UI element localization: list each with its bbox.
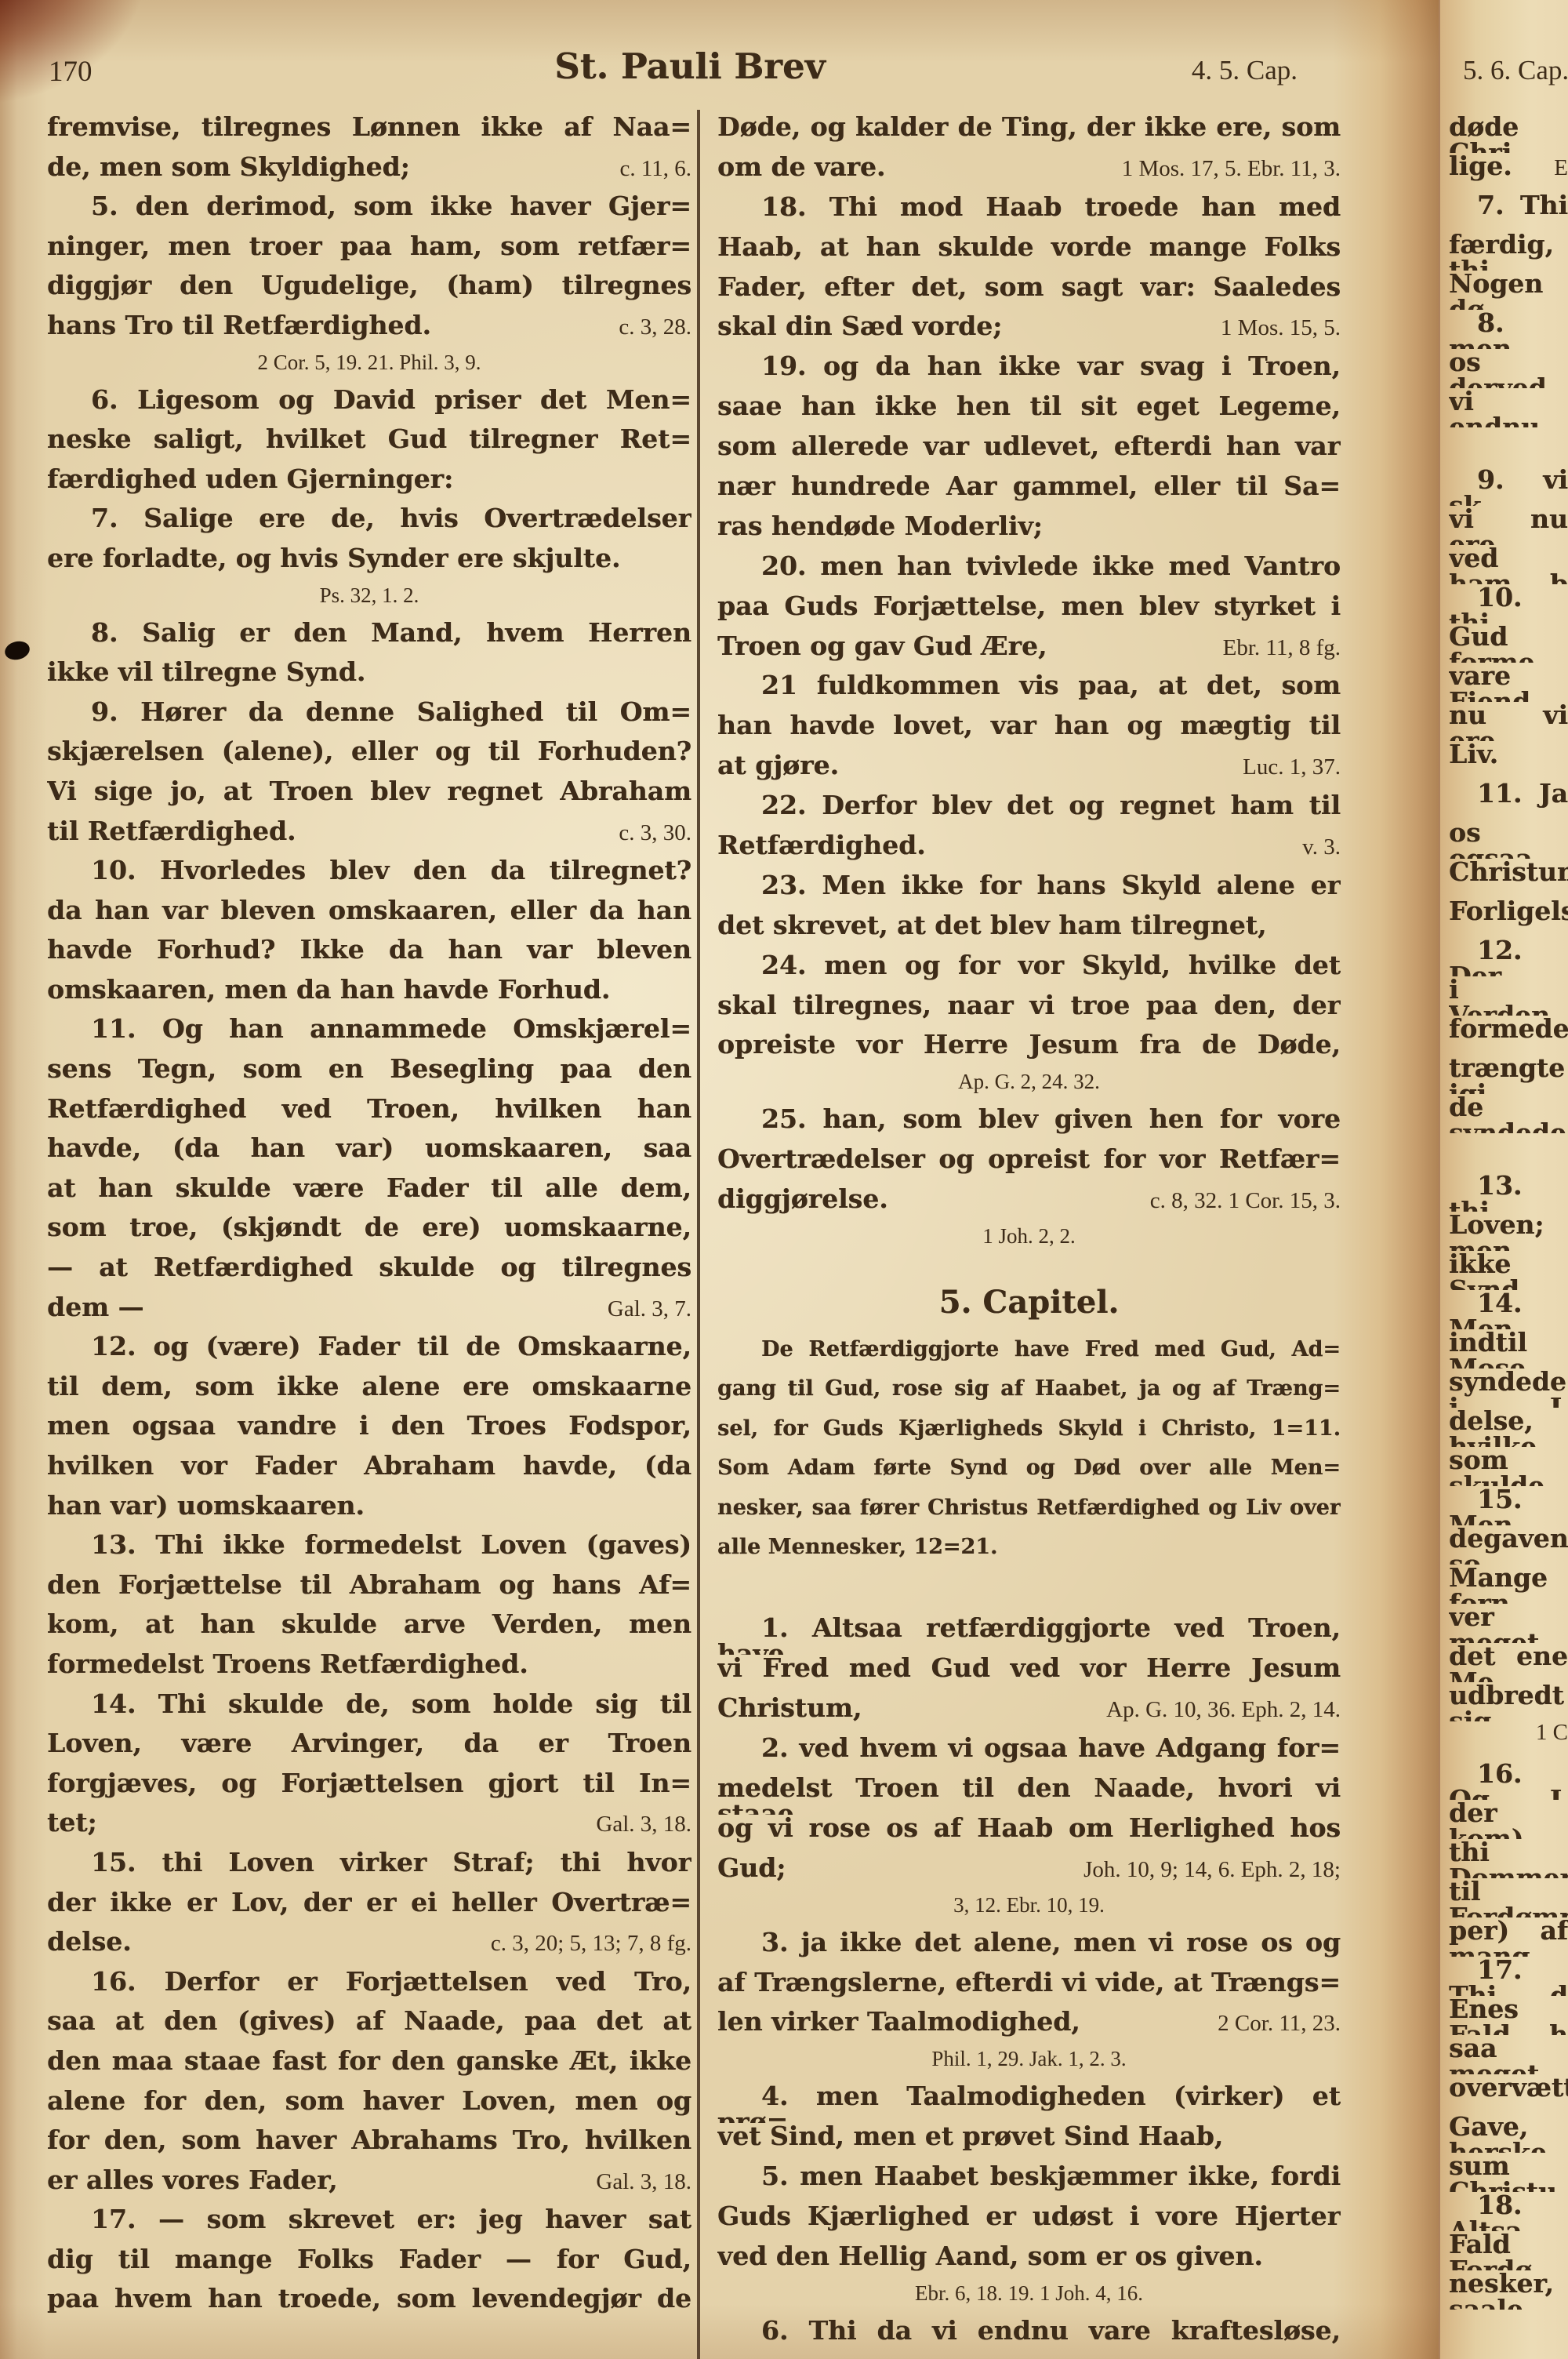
text-line: Vi sige jo, at Troen blev regnet Abraham xyxy=(47,778,691,818)
verse-text: 2. ved hvem vi ogsaa have Adgang for= xyxy=(717,1735,1341,1761)
verse-text: fremvise, tilregnes Lønnen ikke af Naa= xyxy=(47,114,691,140)
verse-text: vet Sind, men et prøvet Sind Haab, xyxy=(717,2123,1341,2149)
text-line: 2. ved hvem vi ogsaa have Adgang for= xyxy=(717,1735,1341,1775)
verse-text: 24. men og for vor Skyld, hvilke det xyxy=(717,952,1341,978)
text-line: lige.E xyxy=(1449,153,1568,192)
verse-reference: E xyxy=(1554,157,1568,180)
verse-text: nær hundrede Aar gammel, eller til Sa= xyxy=(717,473,1341,499)
verse-text: 9. vi sk xyxy=(1449,467,1568,506)
page-number: 170 xyxy=(49,55,93,89)
verse-text: Vi sige jo, at Troen blev regnet Abraham xyxy=(47,778,691,804)
verse-text: hvilken vor Fader Abraham havde, (da xyxy=(47,1452,691,1478)
verse-text: Loven, være Arvinger, da er Troen xyxy=(47,1730,691,1756)
verse-text: ved den Hellig Aand, som er os given. xyxy=(717,2243,1341,2269)
verse-text: han havde lovet, var han og mægtig til xyxy=(717,712,1341,738)
text-line: indtil Mose xyxy=(1449,1329,1568,1369)
middle-column: Døde, og kalder de Ting, der ikke ere, s… xyxy=(717,114,1341,2357)
text-line: 11. Og han annammede Omskjærel= xyxy=(47,1016,691,1056)
verse-text: de, men som Skyldighed; xyxy=(47,154,610,180)
text-line: 10. Hvorledes blev den da tilregnet? xyxy=(47,857,691,897)
verse-text: skjærelsen (alene), eller og til Forhude… xyxy=(47,738,691,764)
text-line: 15. thi Loven virker Straf; thi hvor xyxy=(47,1849,691,1889)
verse-text: 3. ja ikke det alene, men vi rose os og xyxy=(717,1929,1341,1955)
reference-line: Phil. 1, 29. Jak. 1, 2. 3. xyxy=(717,2048,1341,2083)
verse-text: men ogsaa vandre i den Troes Fodspor, xyxy=(47,1412,691,1438)
text-line: 15. Men xyxy=(1449,1486,1568,1525)
summary-line: gang til Gud, rose sig af Haabet, ja og … xyxy=(717,1378,1341,1417)
verse-text: af Trængslerne, efterdi vi vide, at Træn… xyxy=(717,1969,1341,1995)
verse-text: 14. Men xyxy=(1449,1290,1568,1329)
text-line: de, men som Skyldighed;c. 11, 6. xyxy=(47,154,691,194)
verse-reference: 1 Mos. 17, 5. Ebr. 11, 3. xyxy=(1122,158,1341,180)
text-line: 19. og da han ikke var svag i Troen, xyxy=(717,353,1341,393)
text-line: til Fordømm xyxy=(1449,1878,1568,1917)
verse-text: 5. den derimod, som ikke haver Gjer= xyxy=(47,193,691,219)
verse-text: færdighed uden Gjerninger: xyxy=(47,466,691,492)
verse-text: 12. Der xyxy=(1449,937,1568,976)
text-line: til dem, som ikke alene ere omskaarne xyxy=(47,1373,691,1413)
verse-text: overvættes xyxy=(1449,2074,1568,2100)
reference-line: Ebr. 6, 18. 19. 1 Joh. 4, 16. xyxy=(717,2283,1341,2317)
text-line: han havde lovet, var han og mægtig til xyxy=(717,712,1341,752)
verse-text: nesker, saa fører Christus Retfærdighed … xyxy=(717,1497,1341,1518)
text-line: hans Tro til Retfærdighed.c. 3, 28. xyxy=(47,312,691,352)
verse-text: nu vi ere xyxy=(1449,702,1568,741)
verse-text: hans Tro til Retfærdighed. xyxy=(47,312,609,338)
text-line: formedelst Troens Retfærdighed. xyxy=(47,1651,691,1691)
text-line: sens Tegn, som en Besegling paa den xyxy=(47,1056,691,1096)
text-line: 5. den derimod, som ikke haver Gjer= xyxy=(47,193,691,233)
text-line: vi endnu xyxy=(1449,388,1568,427)
verse-text: som skulde k xyxy=(1449,1447,1568,1486)
verse-reference: 2 Cor. 11, 23. xyxy=(1218,2012,1341,2035)
text-line: 14. Thi skulde de, som holde sig til xyxy=(47,1691,691,1731)
verse-text: trængte igj xyxy=(1449,1055,1568,1094)
text-line: len virker Taalmodighed,2 Cor. 11, 23. xyxy=(717,2008,1341,2048)
text-line: paa Guds Forjættelse, men blev styrket i xyxy=(717,593,1341,633)
text-line: hvilken vor Fader Abraham havde, (da xyxy=(47,1452,691,1492)
text-line: syndede i L xyxy=(1449,1369,1568,1408)
text-line: diggjør den Ugudelige, (ham) tilregnes xyxy=(47,272,691,312)
text-line: Fald Fordø xyxy=(1449,2231,1568,2270)
text-line: dem —Gal. 3, 7. xyxy=(47,1294,691,1334)
text-line: Nogen dø xyxy=(1449,271,1568,310)
verse-text: Fader, efter det, som sagt var: Saaledes xyxy=(717,274,1341,300)
verse-text: den Forjættelse til Abraham og hans Af= xyxy=(47,1572,691,1598)
verse-reference: c. 3, 30. xyxy=(619,822,691,845)
verse-reference: Ebr. 11, 8 fg. xyxy=(1223,637,1341,660)
verse-text: 15. Men xyxy=(1449,1486,1568,1525)
verse-text: 7. Thi xyxy=(1449,192,1568,218)
verse-text: som allerede var udlevet, efterdi han va… xyxy=(717,433,1341,459)
text-line: 8. Salig er den Mand, hvem Herren xyxy=(47,620,691,660)
verse-text: som troe, (skjøndt de ere) uomskaarne, xyxy=(47,1214,691,1240)
text-line: Guds Kjærlighed er udøst i vore Hjerter xyxy=(717,2203,1341,2243)
text-line: 21 fuldkommen vis paa, at det, som xyxy=(717,672,1341,712)
verse-text: døde Chri xyxy=(1449,114,1568,153)
verse-text: opreiste vor Herre Jesum fra de Døde, xyxy=(717,1031,1341,1057)
verse-text: 12. og (være) Fader til de Omskaarne, xyxy=(47,1333,691,1359)
verse-text: indtil Mose xyxy=(1449,1329,1568,1369)
verse-text: 15. thi Loven virker Straf; thi hvor xyxy=(47,1849,691,1875)
text-line: Gud forme xyxy=(1449,623,1568,663)
text-line: 25. han, som blev given hen for vore xyxy=(717,1106,1341,1146)
text-line: dig til mange Folks Fader — for Gud, xyxy=(47,2246,691,2286)
text-line: og vi rose os af Haab om Herlighed hos xyxy=(717,1815,1341,1855)
verse-text: neske saligt, hvilket Gud tilregner Ret= xyxy=(47,426,691,452)
verse-text: til Fordømm xyxy=(1449,1878,1568,1917)
text-line: 7. Salige ere de, hvis Overtrædelser xyxy=(47,505,691,545)
text-line: 8. men xyxy=(1449,310,1568,349)
verse-text: 1. Altsaa retfærdiggjorte ved Troen, hav… xyxy=(717,1615,1341,1655)
verse-text: saa at den (gives) af Naade, paa det at xyxy=(47,2008,691,2034)
verse-text: han var) uomskaaren. xyxy=(47,1492,691,1518)
verse-text: skal tilregnes, naar vi troe paa den, de… xyxy=(717,992,1341,1018)
blank-line xyxy=(717,1576,1341,1615)
verse-text: 6. Thi da vi endnu vare kraftesløse, xyxy=(717,2317,1341,2343)
verse-text: Overtrædelser og opreist for vor Retfær= xyxy=(717,1146,1341,1172)
verse-text: færdig, thi xyxy=(1449,231,1568,271)
text-line: som skulde k xyxy=(1449,1447,1568,1486)
verse-reference: 1 Mos. 15, 5. xyxy=(1221,317,1341,340)
verse-text: os ogsaa xyxy=(1449,820,1568,859)
text-line: da han var bleven omskaaren, eller da ha… xyxy=(47,897,691,937)
text-line: formedelst xyxy=(1449,1016,1568,1055)
text-line: Loven, være Arvinger, da er Troen xyxy=(47,1730,691,1770)
verse-text: ikke Synd. xyxy=(1449,1251,1568,1290)
text-line: 13. Thi ikke formedelst Loven (gaves) xyxy=(47,1532,691,1572)
text-line: Gud;Joh. 10, 9; 14, 6. Eph. 2, 18; xyxy=(717,1855,1341,1895)
text-line: havde, (da han var) uomskaaren, saa xyxy=(47,1135,691,1175)
verse-text: 13. Thi ikke formedelst Loven (gaves) xyxy=(47,1532,691,1558)
text-line: saae han ikke hen til sit eget Legeme, xyxy=(717,393,1341,433)
header-title: St. Pauli Brev xyxy=(470,45,909,87)
verse-reference: Joh. 10, 9; 14, 6. Eph. 2, 18; xyxy=(1083,1859,1341,1881)
verse-text: 8. men xyxy=(1449,310,1568,349)
text-line: det skrevet, at det blev ham tilregnet, xyxy=(717,912,1341,952)
reference-line: 2 Cor. 5, 19. 21. Phil. 3, 9. xyxy=(47,352,691,387)
verse-text: da han var bleven omskaaren, eller da ha… xyxy=(47,897,691,923)
verse-text: Forligelsen xyxy=(1449,898,1568,924)
summary-line: alle Mennesker, 12=21. xyxy=(717,1536,1341,1576)
text-line: opreiste vor Herre Jesum fra de Døde, xyxy=(717,1031,1341,1071)
text-line: der kom) for xyxy=(1449,1800,1568,1839)
text-line: thi Dommer xyxy=(1449,1839,1568,1878)
text-line: 9. vi sk xyxy=(1449,467,1568,506)
text-line: Gave, herske xyxy=(1449,2114,1568,2153)
text-line: diggjørelse.c. 8, 32. 1 Cor. 15, 3. xyxy=(717,1186,1341,1226)
verse-text: Gud forme xyxy=(1449,623,1568,663)
verse-text: dem — xyxy=(47,1294,598,1320)
text-line: alene for den, som haver Loven, men og xyxy=(47,2088,691,2128)
text-line: i Verden fo xyxy=(1449,976,1568,1016)
text-line: 1. Altsaa retfærdiggjorte ved Troen, hav… xyxy=(717,1615,1341,1655)
verse-text: 16. Og L xyxy=(1449,1761,1568,1800)
verse-reference: Gal. 3, 7. xyxy=(608,1298,691,1321)
text-line: han var) uomskaaren. xyxy=(47,1492,691,1532)
next-page-chapter-label: 5. 6. Cap. xyxy=(1463,55,1568,86)
page-fold xyxy=(1333,0,1439,2359)
text-line: 12. og (være) Fader til de Omskaarne, xyxy=(47,1333,691,1373)
text-line: vi Fred med Gud ved vor Herre Jesum xyxy=(717,1655,1341,1695)
text-line: forgjæves, og Forjættelsen gjort til In= xyxy=(47,1770,691,1810)
verse-text: om de vare. xyxy=(717,154,1112,180)
text-line: det ene Me xyxy=(1449,1643,1568,1682)
verse-text: 6. Ligesom og David priser det Men= xyxy=(47,387,691,413)
text-line: at han skulde være Fader til alle dem, xyxy=(47,1175,691,1215)
summary-line: sel, for Guds Kjærligheds Skyld i Christ… xyxy=(717,1418,1341,1457)
text-line: kom, at han skulde arve Verden, men xyxy=(47,1611,691,1651)
verse-text: vi nu ere xyxy=(1449,506,1568,545)
text-line: 14. Men xyxy=(1449,1290,1568,1329)
verse-text: 25. han, som blev given hen for vore xyxy=(717,1106,1341,1132)
text-line: for den, som haver Abrahams Tro, hvilken xyxy=(47,2127,691,2167)
text-line: 20. men han tvivlede ikke med Vantro xyxy=(717,553,1341,593)
text-line: 4. men Taalmodigheden (virker) et prø= xyxy=(717,2083,1341,2123)
text-line: Liv. xyxy=(1449,741,1568,780)
verse-text: vare Fiend xyxy=(1449,663,1568,702)
verse-reference: Gal. 3, 18. xyxy=(596,2171,691,2194)
verse-text: 5. men Haabet beskjæmmer ikke, fordi xyxy=(717,2163,1341,2189)
text-line: medelst Troen til den Naade, hvori vi st… xyxy=(717,1775,1341,1815)
verse-text: vi Fred med Gud ved vor Herre Jesum xyxy=(717,1655,1341,1681)
text-line: som allerede var udlevet, efterdi han va… xyxy=(717,433,1341,473)
verse-text: degaven, so xyxy=(1449,1525,1568,1565)
left-column: fremvise, tilregnes Lønnen ikke af Naa=d… xyxy=(47,114,691,2325)
text-line: at gjøre.Luc. 1, 37. xyxy=(717,752,1341,792)
verse-text: forgjæves, og Forjættelsen gjort til In= xyxy=(47,1770,691,1796)
verse-text: 21 fuldkommen vis paa, at det, som xyxy=(717,672,1341,698)
verse-text: gang til Gud, rose sig af Haabet, ja og … xyxy=(717,1378,1341,1399)
text-line: 3. ja ikke det alene, men vi rose os og xyxy=(717,1929,1341,1969)
verse-text: 9. Hører da denne Salighed til Om= xyxy=(47,699,691,725)
text-line: delse.c. 3, 20; 5, 13; 7, 8 fg. xyxy=(47,1928,691,1968)
chapter-heading: 5. Capitel. xyxy=(717,1260,1341,1339)
verse-text: havde Forhud? Ikke da han var bleven xyxy=(47,936,691,962)
verse-text: len virker Taalmodighed, xyxy=(717,2008,1208,2034)
verse-text: nesker, saale xyxy=(1449,2270,1568,2310)
verse-text: at han skulde være Fader til alle dem, xyxy=(47,1175,691,1201)
verse-text: lige. xyxy=(1449,153,1544,179)
text-line: skal din Sæd vorde;1 Mos. 15, 5. xyxy=(717,313,1341,353)
verse-text: dig til mange Folks Fader — for Gud, xyxy=(47,2246,691,2272)
verse-text: til Retfærdighed. xyxy=(47,818,609,844)
verse-text: 18. Altsa xyxy=(1449,2192,1568,2231)
text-line: degaven, so xyxy=(1449,1525,1568,1565)
verse-text: og vi rose os af Haab om Herlighed hos xyxy=(717,1815,1341,1841)
text-line: 13. thi xyxy=(1449,1172,1568,1212)
verse-text: er alles vores Fader, xyxy=(47,2167,586,2193)
verse-text: thi Dommer xyxy=(1449,1839,1568,1878)
text-line: 1 C xyxy=(1449,1721,1568,1761)
verse-text: formedelst Troens Retfærdighed. xyxy=(47,1651,691,1677)
verse-text: Som Adam førte Synd og Død over alle Men… xyxy=(717,1457,1341,1478)
verse-text: sum Christu xyxy=(1449,2153,1568,2192)
verse-text: diggjørelse. xyxy=(717,1186,1141,1212)
text-line: trængte igj xyxy=(1449,1055,1568,1094)
summary-line: Som Adam førte Synd og Død over alle Men… xyxy=(717,1457,1341,1496)
verse-reference: c. 8, 32. 1 Cor. 15, 3. xyxy=(1150,1190,1341,1212)
verse-text: medelst Troen til den Naade, hvori vi st… xyxy=(717,1775,1341,1815)
text-line: 6. Ligesom og David priser det Men= xyxy=(47,387,691,427)
verse-text: ikke vil tilregne Synd. xyxy=(47,659,691,685)
verse-text: 11. Ja xyxy=(1449,780,1568,806)
verse-reference: c. 3, 20; 5, 13; 7, 8 fg. xyxy=(491,1932,691,1955)
text-line: — at Retfærdighed skulde og tilregnes xyxy=(47,1254,691,1294)
text-line: skjærelsen (alene), eller og til Forhude… xyxy=(47,738,691,778)
text-line: Troen og gav Gud Ære,Ebr. 11, 8 fg. xyxy=(717,633,1341,673)
verse-text: skal din Sæd vorde; xyxy=(717,313,1211,339)
text-line: 23. Men ikke for hans Skyld alene er xyxy=(717,872,1341,912)
verse-text: 10. thi xyxy=(1449,584,1568,623)
verse-text: syndede i L xyxy=(1449,1369,1568,1408)
verse-text: det ene Me xyxy=(1449,1643,1568,1682)
text-line: 16. Derfor er Forjættelsen ved Tro, xyxy=(47,1968,691,2008)
verse-reference: Gal. 3, 18. xyxy=(596,1813,691,1836)
verse-text: formedelst xyxy=(1449,1016,1568,1041)
verse-text: der kom) for xyxy=(1449,1800,1568,1839)
verse-text: ninger, men troer paa ham, som retfær= xyxy=(47,233,691,259)
text-line: udbredt sig xyxy=(1449,1682,1568,1721)
verse-text: Mange forn xyxy=(1449,1565,1568,1604)
text-line: 10. thi xyxy=(1449,584,1568,623)
text-line: ere forladte, og hvis Synder ere skjulte… xyxy=(47,545,691,585)
text-line: ninger, men troer paa ham, som retfær= xyxy=(47,233,691,273)
text-line: som troe, (skjøndt de ere) uomskaarne, xyxy=(47,1214,691,1254)
text-line: skal tilregnes, naar vi troe paa den, de… xyxy=(717,992,1341,1032)
verse-text: 8. Salig er den Mand, hvem Herren xyxy=(47,620,691,645)
verse-text: vi endnu xyxy=(1449,388,1568,427)
verse-text: Retfærdighed. xyxy=(717,832,1293,858)
text-line: færdighed uden Gjerninger: xyxy=(47,466,691,506)
text-line: til Retfærdighed.c. 3, 30. xyxy=(47,818,691,858)
verse-reference: Ap. G. 10, 36. Eph. 2, 14. xyxy=(1106,1699,1341,1721)
verse-text: alle Mennesker, 12=21. xyxy=(717,1536,1341,1558)
text-line: saa at den (gives) af Naade, paa det at xyxy=(47,2008,691,2048)
text-line: per) af mang xyxy=(1449,1917,1568,1957)
text-line: ver meget m xyxy=(1449,1604,1568,1643)
text-line: Forligelsen xyxy=(1449,898,1568,937)
blank-line xyxy=(1449,1133,1568,1172)
text-line: saa meget m xyxy=(1449,2035,1568,2074)
text-line: sum Christu xyxy=(1449,2153,1568,2192)
verse-text: delse. xyxy=(47,1928,481,1954)
verse-text: 20. men han tvivlede ikke med Vantro xyxy=(717,553,1341,579)
verse-text: ere forladte, og hvis Synder ere skjulte… xyxy=(47,545,691,571)
text-line: Loven; men xyxy=(1449,1212,1568,1251)
text-line: paa hvem han troede, som levendegjør de xyxy=(47,2285,691,2325)
verse-text: Gave, herske xyxy=(1449,2114,1568,2153)
verse-text: 10. Hvorledes blev den da tilregnet? xyxy=(47,857,691,883)
verse-reference: 1 C xyxy=(1536,1721,1568,1744)
text-line: 11. Ja xyxy=(1449,780,1568,820)
verse-text: der ikke er Lov, der er ei heller Overtr… xyxy=(47,1889,691,1915)
verse-text: Loven; men xyxy=(1449,1212,1568,1251)
text-line: ved den Hellig Aand, som er os given. xyxy=(717,2243,1341,2283)
text-line: os derved, xyxy=(1449,349,1568,388)
text-line: havde Forhud? Ikke da han var bleven xyxy=(47,936,691,976)
verse-text: alene for den, som haver Loven, men og xyxy=(47,2088,691,2114)
text-line: 17. — som skrevet er: jeg haver sat xyxy=(47,2206,691,2246)
verse-text: Guds Kjærlighed er udøst i vore Hjerter xyxy=(717,2203,1341,2229)
text-line: Overtrædelser og opreist for vor Retfær= xyxy=(717,1146,1341,1186)
verse-text: havde, (da han var) uomskaaren, saa xyxy=(47,1135,691,1161)
text-line: 24. men og for vor Skyld, hvilke det xyxy=(717,952,1341,992)
text-line: Fader, efter det, som sagt var: Saaledes xyxy=(717,274,1341,314)
text-line: delse, hvilke xyxy=(1449,1408,1568,1447)
verse-text: delse, hvilke xyxy=(1449,1408,1568,1447)
verse-text: Christum, xyxy=(1449,859,1568,885)
verse-text: paa hvem han troede, som levendegjør de xyxy=(47,2285,691,2311)
verse-text: udbredt sig xyxy=(1449,1682,1568,1721)
text-line: nær hundrede Aar gammel, eller til Sa= xyxy=(717,473,1341,513)
text-line: nu vi ere xyxy=(1449,702,1568,741)
text-line: om de vare.1 Mos. 17, 5. Ebr. 11, 3. xyxy=(717,154,1341,194)
verse-text: i Verden fo xyxy=(1449,976,1568,1016)
verse-text: 7. Salige ere de, hvis Overtrædelser xyxy=(47,505,691,531)
verse-text: saae han ikke hen til sit eget Legeme, xyxy=(717,393,1341,419)
verse-text: per) af mang xyxy=(1449,1917,1568,1957)
verse-reference: c. 11, 6. xyxy=(619,158,691,180)
text-line: Christum,Ap. G. 10, 36. Eph. 2, 14. xyxy=(717,1695,1341,1735)
text-line: overvættes xyxy=(1449,2074,1568,2114)
text-line: Døde, og kalder de Ting, der ikke ere, s… xyxy=(717,114,1341,154)
verse-text: — at Retfærdighed skulde og tilregnes xyxy=(47,1254,691,1280)
verse-text: 19. og da han ikke var svag i Troen, xyxy=(717,353,1341,379)
text-line: 7. Thi xyxy=(1449,192,1568,231)
text-line: fremvise, tilregnes Lønnen ikke af Naa= xyxy=(47,114,691,154)
summary-line: De Retfærdiggjorte have Fred med Gud, Ad… xyxy=(717,1339,1341,1378)
verse-text: 4. men Taalmodigheden (virker) et prø= xyxy=(717,2083,1341,2123)
verse-text: Liv. xyxy=(1449,741,1568,767)
ink-dot xyxy=(3,638,32,662)
text-line: 12. Der xyxy=(1449,937,1568,976)
text-line: Mange forn xyxy=(1449,1565,1568,1604)
verse-text: saa meget m xyxy=(1449,2035,1568,2074)
verse-text: 11. Og han annammede Omskjærel= xyxy=(47,1016,691,1041)
text-line: 22. Derfor blev det og regnet ham til xyxy=(717,792,1341,832)
verse-text: 17. — som skrevet er: jeg haver sat xyxy=(47,2206,691,2232)
verse-text: 16. Derfor er Forjættelsen ved Tro, xyxy=(47,1968,691,1994)
verse-text: Retfærdighed ved Troen, hvilken han xyxy=(47,1096,691,1121)
verse-text: Døde, og kalder de Ting, der ikke ere, s… xyxy=(717,114,1341,140)
verse-text: kom, at han skulde arve Verden, men xyxy=(47,1611,691,1637)
verse-text: sens Tegn, som en Besegling paa den xyxy=(47,1056,691,1081)
verse-text: tet; xyxy=(47,1809,586,1835)
blank-line xyxy=(1449,427,1568,467)
text-line: ikke Synd. xyxy=(1449,1251,1568,1290)
verse-text: omskaaren, men da han havde Forhud. xyxy=(47,976,691,1002)
verse-text: 17. Thi d xyxy=(1449,1957,1568,1996)
text-line: Retfærdighed.v. 3. xyxy=(717,832,1341,872)
reference-line: 3, 12. Ebr. 10, 19. xyxy=(717,1895,1341,1929)
text-line: af Trængslerne, efterdi vi vide, at Træn… xyxy=(717,1969,1341,2009)
text-line: vare Fiend xyxy=(1449,663,1568,702)
verse-text: 22. Derfor blev det og regnet ham til xyxy=(717,792,1341,818)
text-line: 9. Hører da denne Salighed til Om= xyxy=(47,699,691,739)
verse-text: Haab, at han skulde vorde mange Folks xyxy=(717,234,1341,260)
text-line: neske saligt, hvilket Gud tilregner Ret= xyxy=(47,426,691,466)
text-line: Christum, xyxy=(1449,859,1568,898)
verse-text: De Retfærdiggjorte have Fred med Gud, Ad… xyxy=(717,1339,1341,1360)
verse-text: paa Guds Forjættelse, men blev styrket i xyxy=(717,593,1341,619)
text-line: men ogsaa vandre i den Troes Fodspor, xyxy=(47,1412,691,1452)
verse-text: 23. Men ikke for hans Skyld alene er xyxy=(717,872,1341,898)
text-line: der ikke er Lov, der er ei heller Overtr… xyxy=(47,1889,691,1929)
text-line: døde Chri xyxy=(1449,114,1568,153)
verse-text: at gjøre. xyxy=(717,752,1233,778)
text-line: ras hendøde Moderliv; xyxy=(717,513,1341,553)
